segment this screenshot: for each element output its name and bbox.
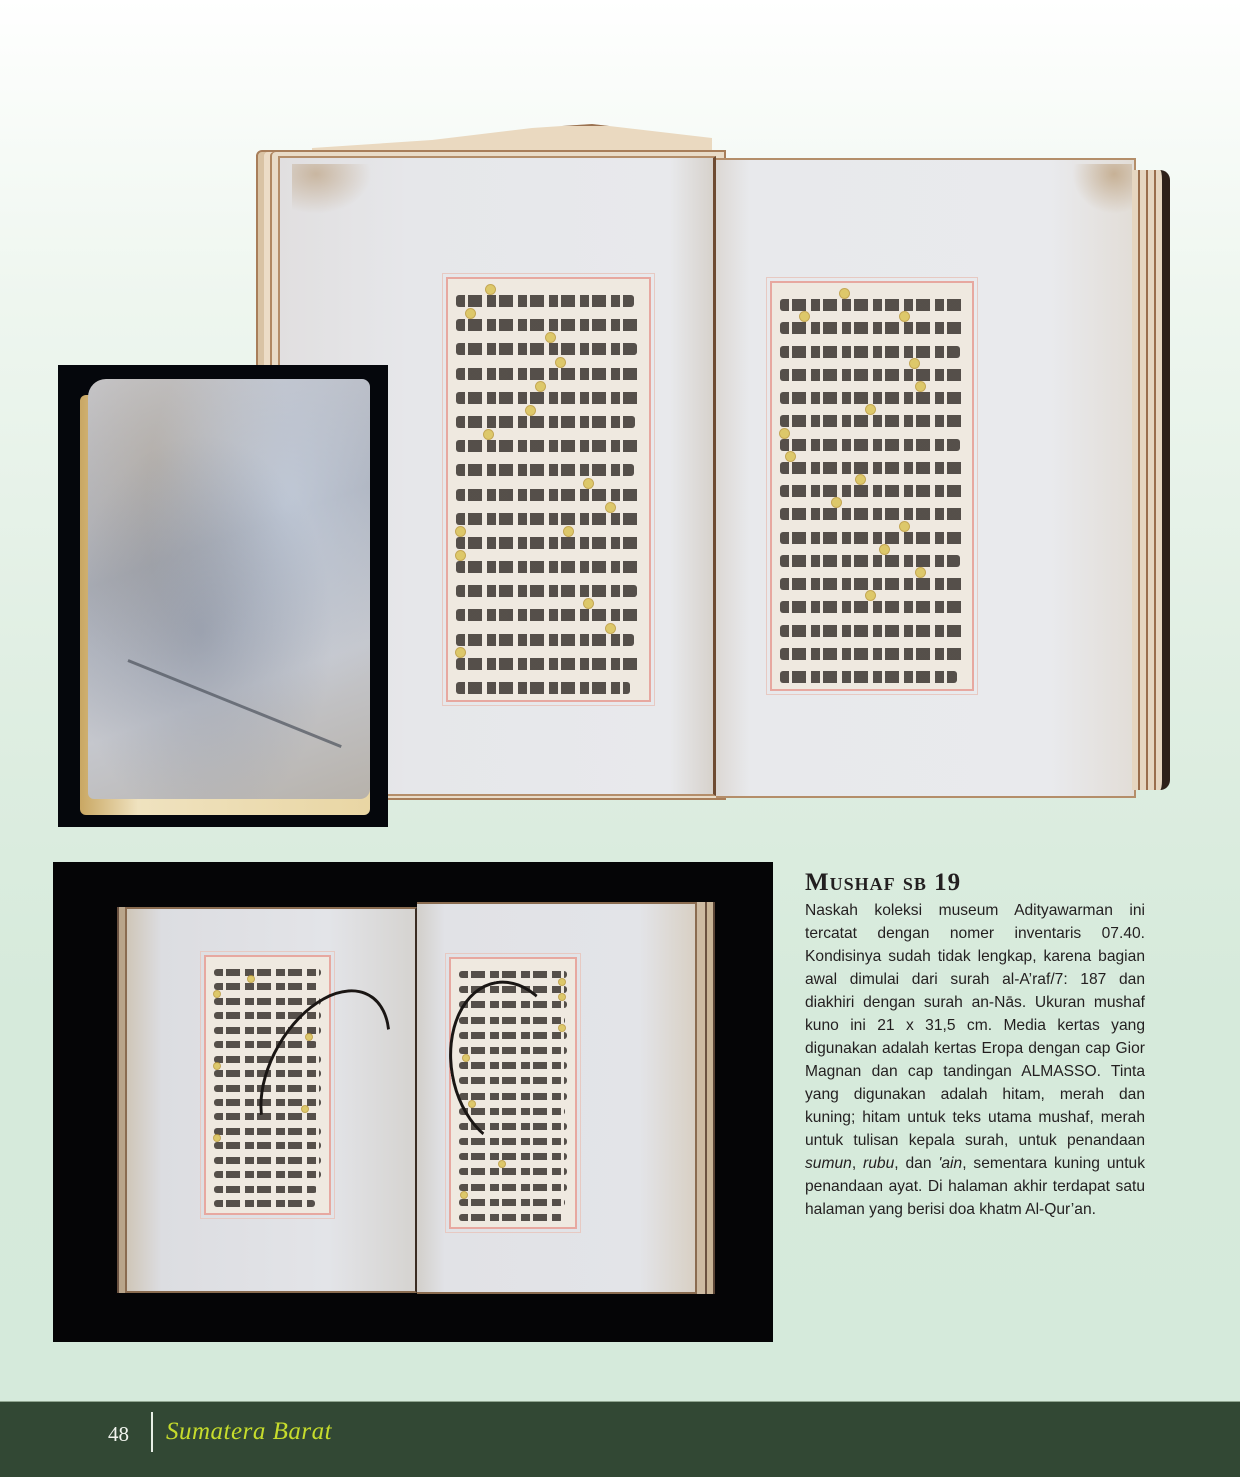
page-footer: 48 Sumatera Barat [0,1401,1240,1477]
term-rubu: rubu [863,1155,894,1172]
section-title: Sumatera Barat [166,1418,332,1446]
photo-open-manuscript-top [252,120,1170,800]
caption-text: , dan [894,1155,938,1172]
caption-body: Naskah koleksi museum Adityawarman ini t… [805,899,1145,1221]
water-stain [1072,164,1132,214]
footer-divider [151,1412,153,1452]
manuscript-text-block-left [446,277,651,702]
term-sumun: sumun [805,1155,852,1172]
water-stain [292,164,372,214]
manuscript-text-block-right [770,281,974,691]
page-number: 48 [108,1422,129,1447]
caption: Mushaf sb 19 Naskah koleksi museum Adity… [805,869,1145,1221]
photo-manuscript-cover [58,365,388,827]
photo-open-manuscript-bottom [53,862,773,1342]
caption-title: Mushaf sb 19 [805,869,1145,897]
caption-text: Naskah koleksi museum Adityawarman ini t… [805,902,1145,1149]
caption-text: , [852,1155,863,1172]
cover-crease [127,659,341,748]
cover-wrapping [88,379,370,799]
term-ain: 'ain [938,1155,962,1172]
right-page-stack [1132,170,1170,790]
